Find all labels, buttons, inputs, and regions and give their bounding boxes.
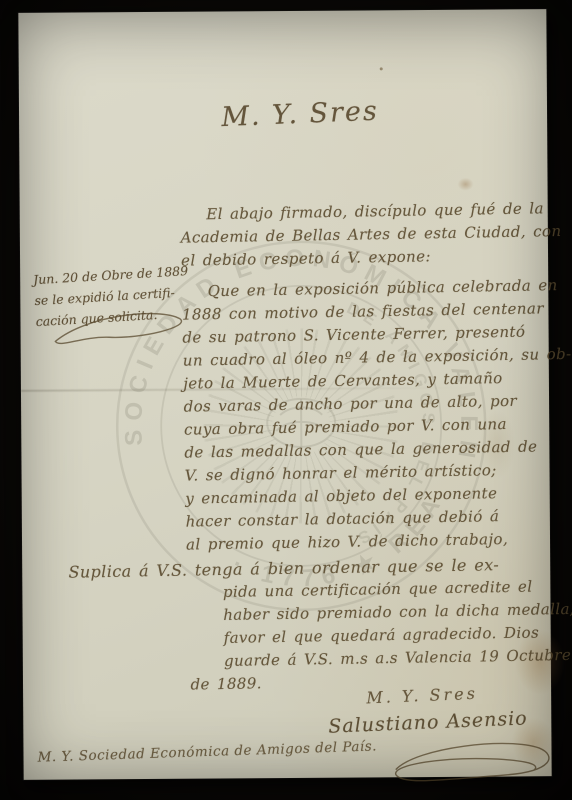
handwritten-line: el debido respeto á V. expone: xyxy=(181,243,545,272)
paragraph-petition: Suplica á V.S. tenga á bien ordenar que … xyxy=(186,552,552,696)
photo-background: SOCIEDAD ECONÓMICA VALENCIANA · 1776 ★ R… xyxy=(0,0,572,800)
addressee-line: M. Y. Sociedad Económica de Amigos del P… xyxy=(37,735,487,766)
ink-speck xyxy=(380,67,383,70)
letter-body: El abajo firmado, discípulo que fué de l… xyxy=(180,197,553,696)
paragraph-introduction: El abajo firmado, discípulo que fué de l… xyxy=(180,197,545,272)
paragraph-exposition: Que en la exposición pública celebrada e… xyxy=(181,274,550,556)
foxing-stain xyxy=(457,178,473,191)
letter-document: SOCIEDAD ECONÓMICA VALENCIANA · 1776 ★ R… xyxy=(18,9,551,780)
margin-note: Jun. 20 de Obre de 1889se le expidió la … xyxy=(33,259,206,332)
salutation: M. Y. Sres xyxy=(204,95,395,134)
signature-name: Salustiano Asensio xyxy=(328,706,559,738)
